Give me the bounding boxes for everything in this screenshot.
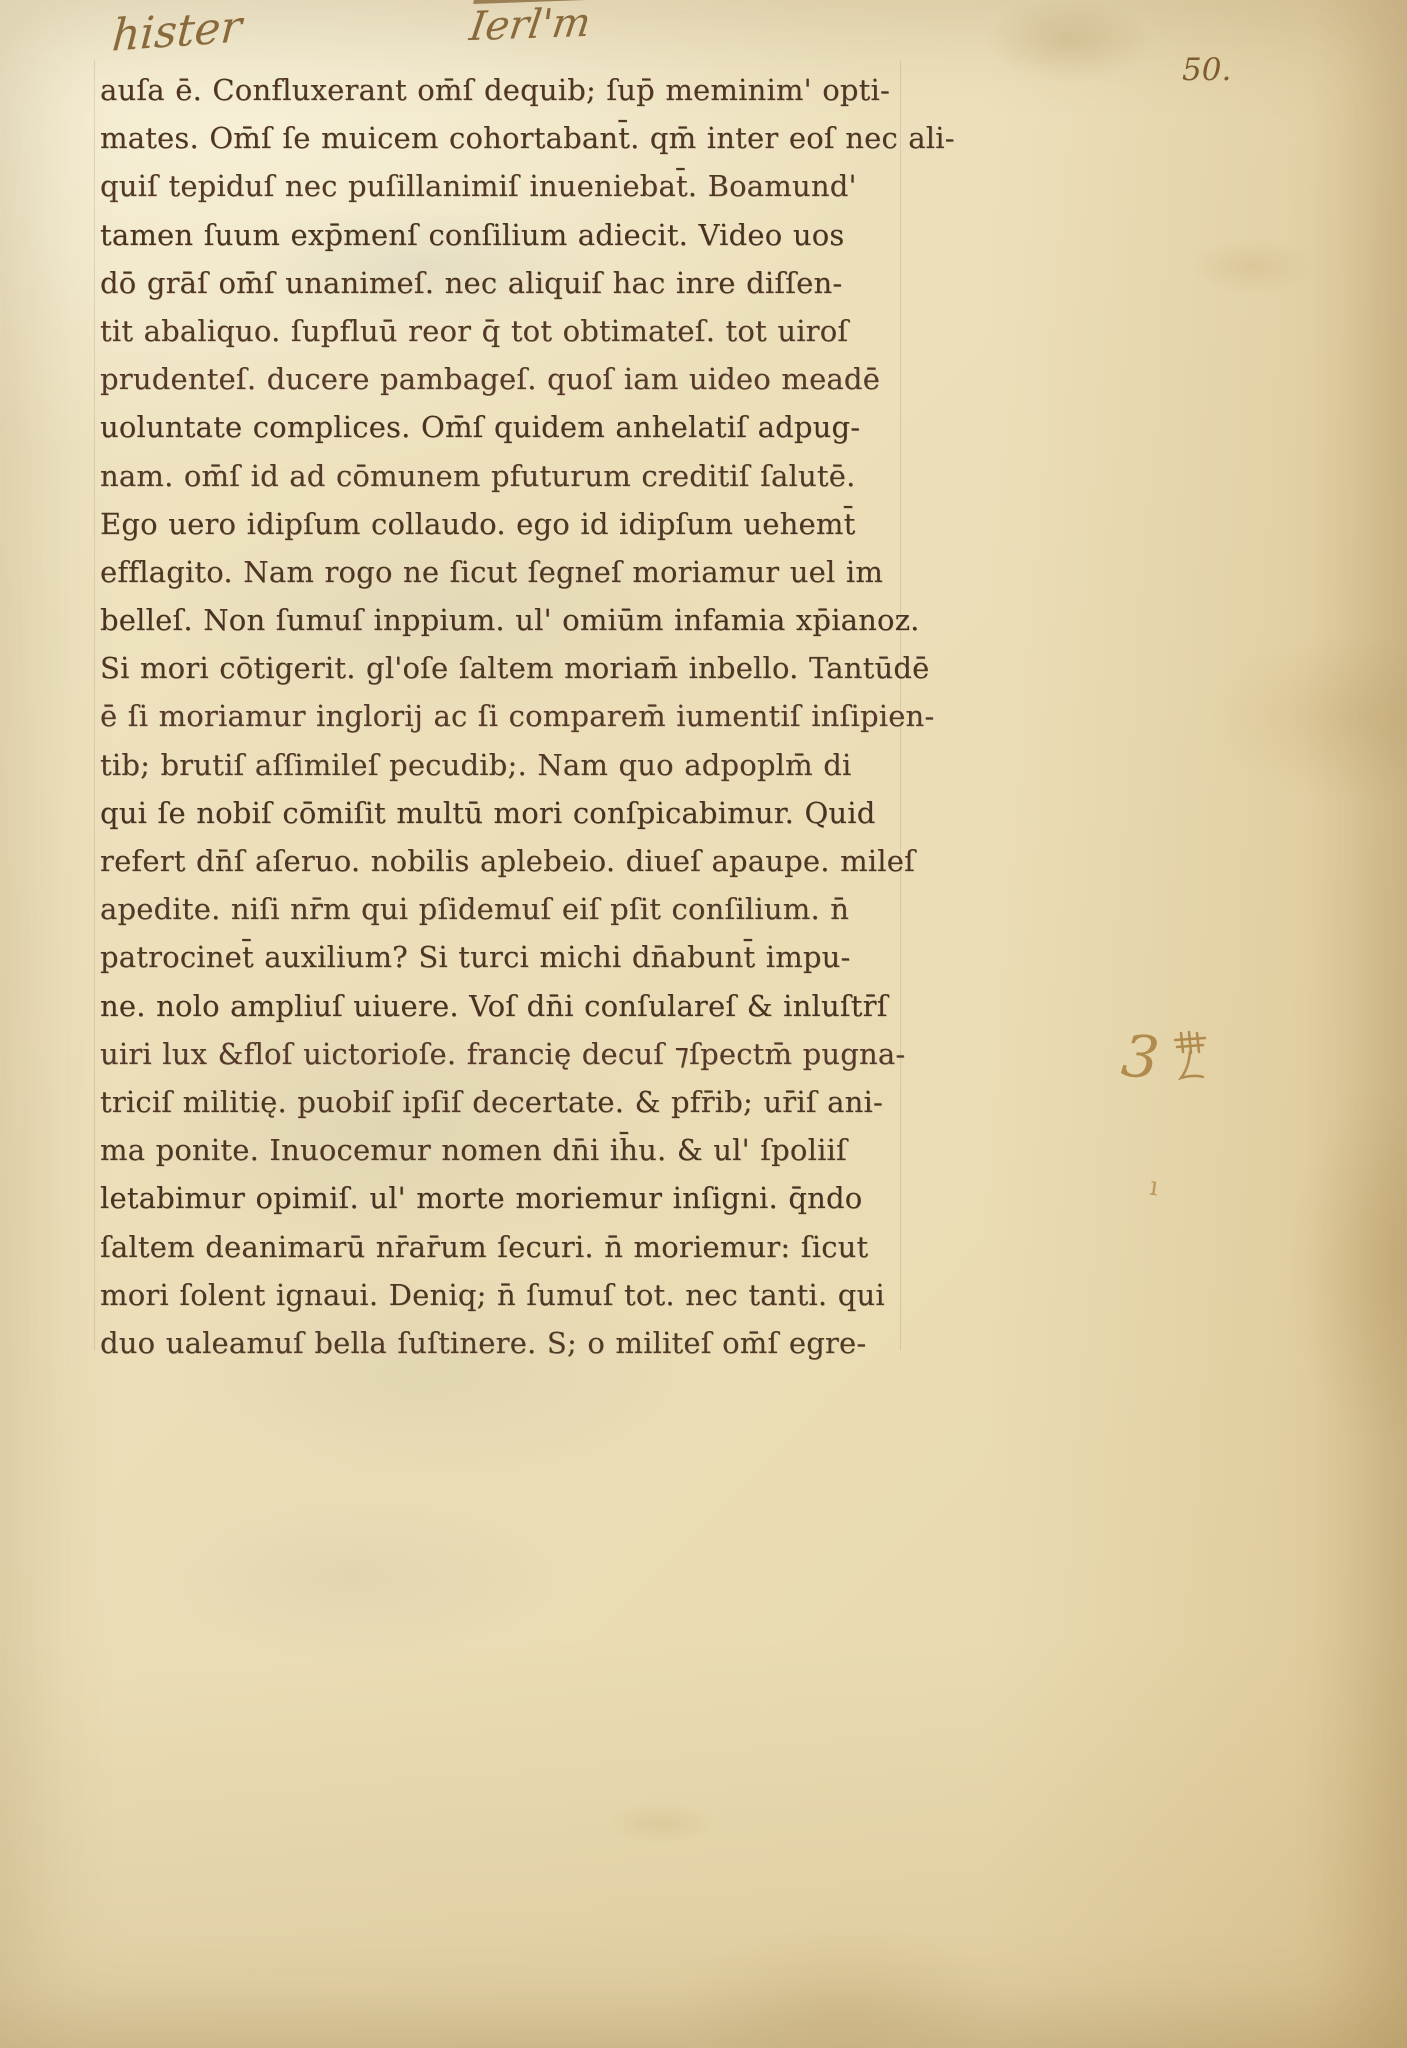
ruling-line-left [94, 60, 95, 1350]
manuscript-line: refert dn̄ſ aſeruo. nobilis aplebeio. di… [100, 837, 910, 885]
manuscript-line: tit abaliquo. ſupfluū reor q̄ tot obtima… [100, 307, 910, 355]
margin-annotation: 3 [1122, 1028, 1211, 1086]
header-annotation-center: Ierl'm [467, 0, 594, 50]
manuscript-line: ma ponite. Inuocemur nomen dn̄i ih̄u. & … [100, 1126, 910, 1174]
manuscript-line: mates. Om̄ſ ſe muicem cohortabant̄. qm̄ … [100, 114, 910, 162]
manuscript-line: tib; brutiſ aſſimileſ pecudib;. Nam quo … [100, 741, 910, 789]
folio-number: 50. [1182, 52, 1231, 88]
manuscript-line: tamen ſuum exp̄menſ conſilium adiecit. V… [100, 211, 910, 259]
manuscript-line: efflagito. Nam rogo ne ſicut ſegneſ mori… [100, 548, 910, 596]
manuscript-page: hister Ierl'm 50. auſa ē. Confluxerant o… [0, 0, 1407, 2048]
manuscript-line: letabimur opimiſ. ul' morte moriemur inſ… [100, 1174, 910, 1222]
manuscript-line: apedite. niſi nr̄m qui pſidemuſ eiſ pſit… [100, 885, 910, 933]
manuscript-line: Ego uero idipſum collaudo. ego id idipſu… [100, 500, 910, 548]
margin-cross-hatch-icon [1169, 1030, 1211, 1086]
manuscript-line: triciſ militię. puobiſ ipſiſ decertate. … [100, 1078, 910, 1126]
header-annotation-left: hister [110, 1, 243, 61]
manuscript-line: uiri lux &floſ uictorioſe. francię decuſ… [100, 1030, 910, 1078]
manuscript-line: mori ſolent ignaui. Deniq; n̄ ſumuſ tot.… [100, 1271, 910, 1319]
manuscript-line: auſa ē. Confluxerant om̄ſ dequib; ſup̄ m… [100, 66, 910, 114]
text-block: auſa ē. Confluxerant om̄ſ dequib; ſup̄ m… [100, 66, 910, 1367]
manuscript-line: nam. om̄ſ id ad cōmunem pfuturum crediti… [100, 452, 910, 500]
manuscript-line: prudenteſ. ducere pambageſ. quoſ iam uid… [100, 355, 910, 403]
margin-numeral: 3 [1119, 1026, 1162, 1088]
manuscript-line: quiſ tepiduſ nec puſillanimiſ inueniebat… [100, 162, 910, 210]
manuscript-line: uoluntate complices. Om̄ſ quidem anhelat… [100, 403, 910, 451]
manuscript-line: Si mori cōtigerit. gl'oſe ſaltem moriam̄… [100, 644, 910, 692]
manuscript-line: duo ualeamuſ bella ſuſtinere. S; o milit… [100, 1319, 910, 1367]
manuscript-line: ſaltem deanimarū nr̄ar̄um ſecuri. n̄ mor… [100, 1223, 910, 1271]
manuscript-line: patrocinet̄ auxilium? Si turci michi dn̄… [100, 933, 910, 981]
manuscript-line: dō grāſ om̄ſ unanimeſ. nec aliquiſ hac i… [100, 259, 910, 307]
manuscript-line: ē ſi moriamur inglorij ac ſi comparem̄ i… [100, 692, 910, 740]
manuscript-line: qui ſe nobiſ cōmiſit multū mori conſpica… [100, 789, 910, 837]
manuscript-line: ne. nolo ampliuſ uiuere. Voſ dn̄i conſul… [100, 982, 910, 1030]
manuscript-line: belleſ. Non ſumuſ inppium. ul' omiūm inf… [100, 596, 910, 644]
margin-tick-mark: ı [1148, 1172, 1160, 1203]
